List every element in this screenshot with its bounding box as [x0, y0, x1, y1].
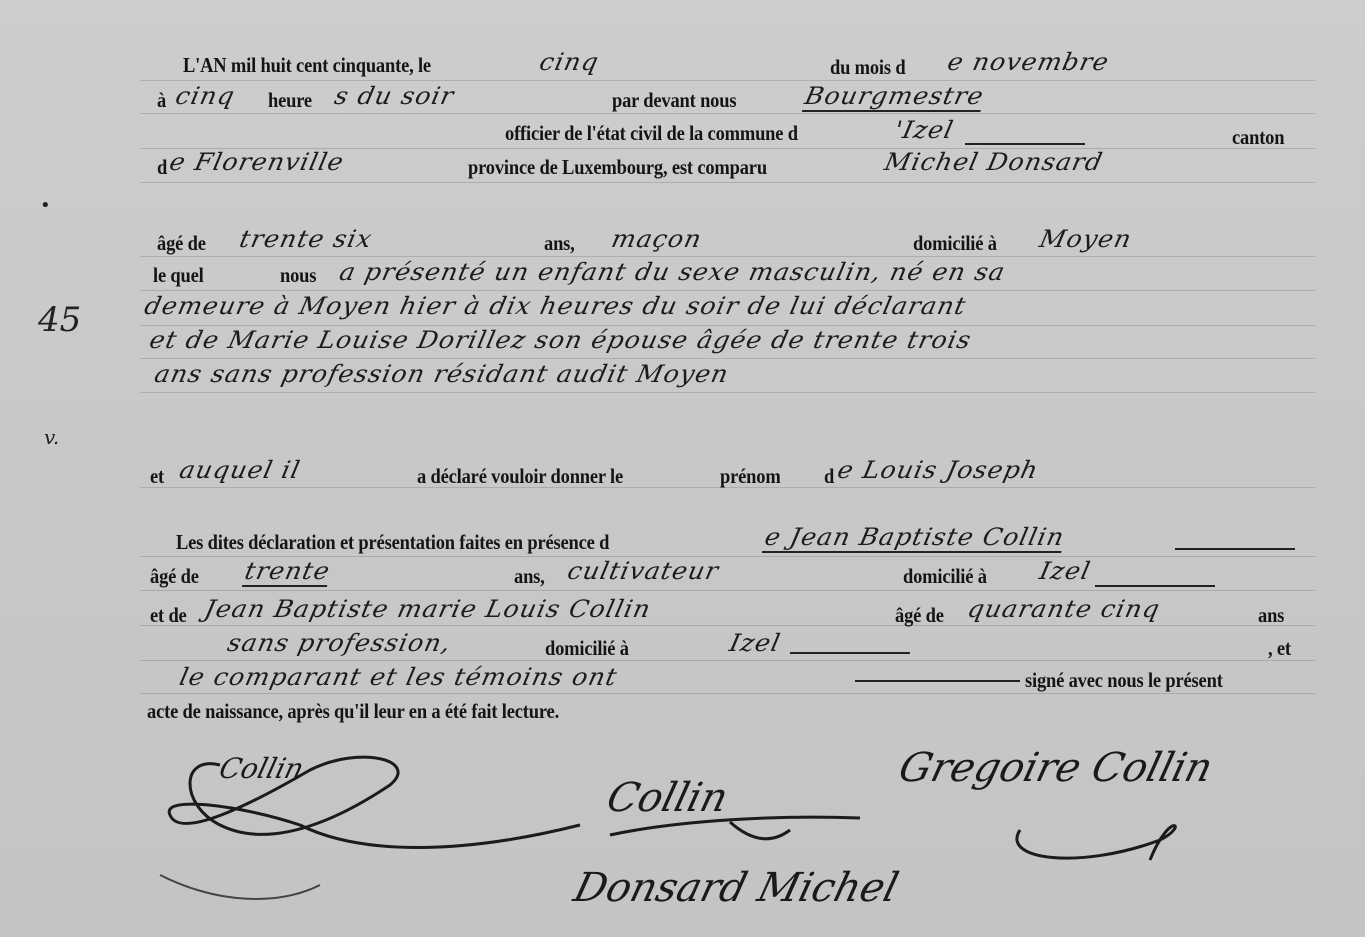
handwritten-presentation-text-4: ans sans profession résidant audit Moyen	[152, 360, 732, 388]
printed-age-label: âgé de	[150, 564, 199, 589]
printed-prenom: prénom	[720, 464, 781, 489]
printed-par-devant-nous: par devant nous	[612, 88, 736, 113]
margin-mark: v.	[44, 425, 59, 449]
handwritten-presentation-text-1: a présenté un enfant du sexe masculin, n…	[337, 258, 1008, 286]
handwritten-presentation-text-3: et de Marie Louise Dorillez son épouse â…	[147, 326, 974, 354]
printed-officier-commune: officier de l'état civil de la commune d	[505, 121, 798, 146]
ruled-line	[140, 660, 1315, 661]
handwritten-declarant-age: trente six	[237, 225, 375, 253]
printed-domicile-label: domicilié à	[903, 564, 987, 589]
ruled-line	[140, 256, 1315, 257]
printed-heure: heure	[268, 88, 312, 113]
printed-declared: a déclaré vouloir donner le	[417, 464, 623, 489]
signature-flourish	[600, 810, 870, 850]
handwritten-witness1-profession: cultivateur	[565, 557, 722, 585]
printed-year-text: L'AN mil huit cent cinquante, le	[183, 53, 431, 78]
printed-age-label: âgé de	[895, 603, 944, 628]
handwritten-witness2-domicile: Izel	[727, 629, 783, 657]
handwritten-time-of-day: s du soir	[332, 82, 457, 110]
ruled-line	[140, 80, 1315, 81]
handwritten-declarant-profession: maçon	[609, 225, 705, 253]
printed-d: d	[824, 464, 834, 489]
signature-donsard-michel: Donsard Michel	[569, 865, 903, 911]
printed-province-comparu: province de Luxembourg, est comparu	[468, 155, 767, 180]
handwritten-witness2-age: quarante cinq	[965, 595, 1163, 623]
handwritten-signing-statement: le comparant et les témoins ont	[177, 663, 620, 691]
handwritten-presentation-text-2: demeure à Moyen hier à dix heures du soi…	[142, 292, 969, 320]
printed-et: et	[150, 464, 164, 489]
ruled-line	[140, 625, 1315, 626]
ruled-line	[140, 290, 1315, 291]
civil-record-page: • 45 v. L'AN mil huit cent cinquante, le…	[0, 0, 1365, 937]
printed-month-label: du mois d	[830, 55, 905, 80]
printed-ans: ans	[1258, 603, 1284, 628]
printed-et-de: et de	[150, 603, 187, 628]
printed-witnesses-intro: Les dites déclaration et présentation fa…	[176, 530, 609, 555]
printed-closing-statement: acte de naissance, après qu'il leur en a…	[147, 699, 559, 724]
handwritten-hour: cinq	[173, 82, 238, 110]
ruled-line	[140, 392, 1315, 393]
ink-blot: •	[40, 195, 51, 216]
ruled-line	[140, 182, 1315, 183]
fill-dash	[1095, 585, 1215, 587]
printed-canton-label: canton	[1232, 125, 1284, 150]
fill-dash	[855, 680, 1020, 682]
ruled-line	[140, 358, 1315, 359]
printed-d: d	[157, 155, 167, 180]
ruled-line	[140, 590, 1315, 591]
handwritten-day: cinq	[537, 48, 602, 76]
fill-dash	[790, 652, 910, 654]
handwritten-declarant-domicile: Moyen	[1037, 225, 1135, 253]
printed-domicile-label: domicilié à	[913, 231, 997, 256]
printed-nous: nous	[280, 263, 316, 288]
printed-ans: ans,	[514, 564, 545, 589]
printed-a: à	[157, 88, 166, 113]
signature-flourish	[1000, 800, 1220, 870]
ruled-line	[140, 113, 1315, 114]
handwritten-auquel-il: auquel il	[177, 456, 303, 484]
handwritten-witness2-name: Jean Baptiste marie Louis Collin	[202, 595, 654, 623]
printed-signe-avec-nous: signé avec nous le présent	[1025, 668, 1223, 693]
ruled-line	[140, 693, 1315, 694]
printed-comma-et: , et	[1268, 636, 1291, 661]
printed-lequel: le quel	[153, 263, 204, 288]
fill-dash	[965, 143, 1085, 145]
printed-age-label: âgé de	[157, 231, 206, 256]
handwritten-witness1-domicile: Izel	[1037, 557, 1093, 585]
handwritten-child-first-name: e Louis Joseph	[835, 456, 1041, 484]
margin-entry-number: 45	[38, 300, 81, 340]
handwritten-witness1-name: e Jean Baptiste Collin	[762, 523, 1067, 553]
fill-dash	[1175, 548, 1295, 550]
handwritten-declarant-name: Michel Donsard	[882, 148, 1106, 176]
handwritten-commune: 'Izel	[892, 116, 956, 144]
handwritten-witness1-age: trente	[242, 557, 333, 587]
printed-domicile-label: domicilié à	[545, 636, 629, 661]
handwritten-officer-title: Bourgmestre	[802, 82, 987, 112]
handwritten-canton: e Florenville	[167, 148, 347, 176]
signature-collin-1: Collin	[216, 752, 307, 785]
handwritten-witness2-profession: sans profession,	[225, 629, 454, 657]
handwritten-month: e novembre	[945, 48, 1112, 76]
signature-gregoire-collin: Gregoire Collin	[894, 745, 1217, 791]
printed-ans: ans,	[544, 231, 575, 256]
